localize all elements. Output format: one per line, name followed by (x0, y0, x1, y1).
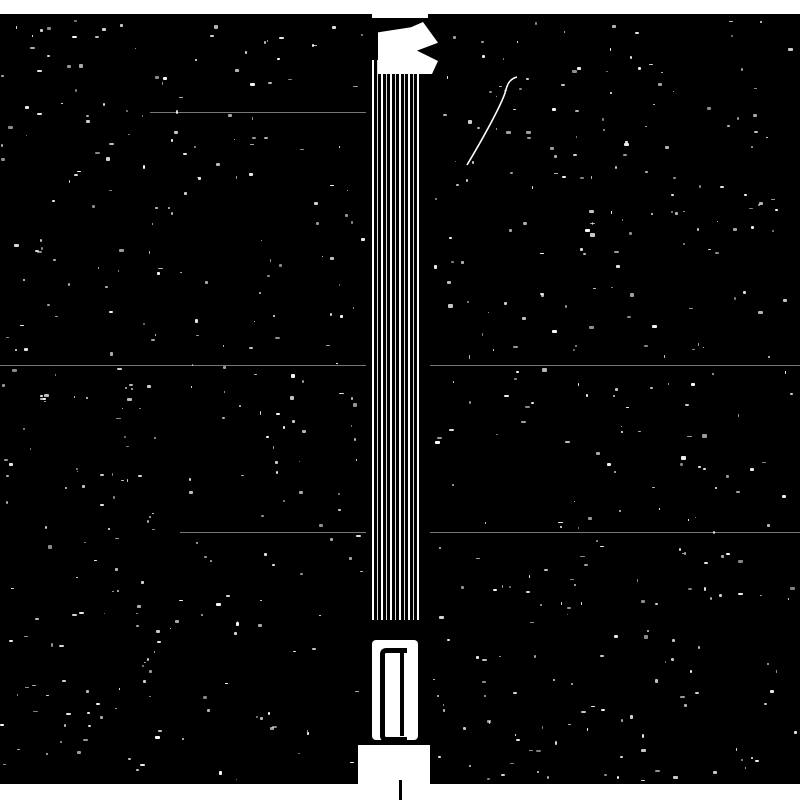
speck (279, 264, 282, 267)
speck (681, 456, 685, 459)
speck (755, 760, 758, 762)
speck (316, 222, 318, 225)
speck (692, 349, 695, 350)
speck (140, 764, 145, 766)
speck (189, 491, 192, 494)
speck (552, 108, 556, 110)
speck (52, 200, 54, 202)
speck (48, 545, 52, 548)
speck (726, 553, 730, 555)
speck (501, 774, 505, 776)
speck (741, 68, 742, 71)
speck (345, 214, 348, 217)
spine-label-bar (400, 650, 404, 736)
speck (703, 468, 706, 470)
speck (715, 252, 719, 253)
speck (456, 184, 459, 187)
speck (106, 157, 110, 160)
speck (68, 283, 70, 286)
speck (115, 708, 117, 710)
speck (772, 230, 774, 232)
speck (469, 765, 471, 767)
speck (695, 692, 699, 694)
speck (439, 616, 444, 619)
speck (650, 387, 653, 389)
speck (482, 659, 487, 661)
speck (580, 177, 584, 179)
speck (98, 267, 99, 269)
speck (338, 509, 341, 511)
speck (587, 728, 588, 731)
speck (443, 114, 446, 117)
speck (196, 542, 198, 544)
speck (205, 281, 208, 283)
speck (24, 348, 28, 351)
speck (785, 371, 786, 374)
speck (493, 589, 497, 591)
speck (638, 67, 641, 70)
speck (782, 495, 786, 498)
spine-foot (358, 745, 430, 785)
speck (115, 568, 118, 571)
speck (652, 487, 655, 488)
speck (461, 586, 465, 588)
speck (249, 347, 254, 349)
speck (236, 622, 240, 625)
speck (143, 680, 146, 682)
speck (469, 401, 471, 404)
speck (273, 315, 275, 317)
speck (552, 330, 557, 332)
speck (504, 395, 509, 397)
speck (544, 569, 549, 571)
speck (487, 720, 492, 723)
speck (679, 548, 681, 550)
speck (155, 76, 159, 79)
speck (509, 229, 512, 231)
speck (291, 374, 295, 377)
speck (95, 152, 99, 154)
speck (360, 571, 362, 572)
speck (438, 756, 441, 758)
speck (158, 730, 162, 732)
speck (219, 771, 222, 774)
speck (476, 656, 479, 659)
speck (12, 369, 17, 372)
speck (2, 384, 4, 386)
speck (183, 153, 187, 155)
speck (788, 48, 793, 51)
speck (596, 452, 601, 455)
speck (277, 58, 281, 60)
speck (560, 526, 562, 528)
speck (542, 368, 547, 371)
speck (302, 430, 307, 432)
speck (589, 210, 593, 213)
speck (16, 26, 17, 29)
scratch-mark (465, 75, 525, 170)
speck (615, 166, 617, 169)
speck (451, 261, 455, 263)
speck (655, 603, 658, 605)
speck (434, 265, 437, 268)
speck (602, 118, 604, 121)
speck (749, 208, 753, 209)
speck (704, 587, 706, 590)
speck (147, 658, 149, 661)
speck (319, 524, 323, 527)
speck (684, 704, 687, 707)
speck (44, 394, 48, 397)
speck (264, 41, 265, 44)
speck (564, 31, 566, 33)
speck (621, 719, 622, 722)
speck (226, 595, 230, 597)
speck (290, 396, 293, 399)
speck (523, 222, 527, 225)
speck (62, 680, 66, 683)
speck (236, 779, 237, 780)
speck (448, 304, 452, 307)
speck (699, 185, 701, 188)
speck (504, 302, 506, 305)
speck (680, 463, 683, 466)
speck (589, 326, 594, 329)
speck (250, 83, 255, 86)
speck (767, 663, 769, 665)
speck (461, 261, 464, 263)
speck (100, 504, 104, 505)
speck (127, 398, 132, 400)
speck (75, 89, 76, 92)
speck (299, 491, 303, 494)
speck (529, 750, 533, 752)
speck (615, 388, 618, 391)
speck (586, 394, 588, 397)
speck (288, 79, 293, 80)
speck (67, 65, 72, 68)
speck (210, 560, 211, 561)
speck (37, 70, 42, 72)
speck (175, 620, 179, 623)
speck (319, 615, 321, 616)
speck (621, 431, 623, 433)
speck (673, 776, 677, 779)
speck (194, 146, 196, 147)
speck (691, 383, 695, 385)
speck (655, 679, 657, 682)
speck (228, 114, 232, 117)
speck (630, 715, 633, 718)
speck (734, 297, 736, 299)
speck (767, 524, 770, 527)
speck (623, 154, 627, 155)
speck (596, 540, 599, 541)
speck (612, 25, 616, 28)
speck (108, 528, 110, 531)
speck (733, 228, 738, 231)
speck (1, 75, 4, 77)
speck (192, 364, 193, 365)
speck (541, 294, 544, 297)
speck (338, 493, 340, 495)
speck (702, 434, 706, 437)
speck (531, 402, 534, 404)
speck (314, 202, 318, 205)
speck (641, 749, 645, 751)
speck (117, 368, 122, 369)
speck (655, 770, 659, 772)
speck (611, 287, 613, 288)
speck (307, 732, 308, 734)
speck (300, 573, 303, 575)
speck (537, 771, 539, 773)
speck (79, 64, 83, 67)
speck (790, 587, 795, 590)
speck (95, 36, 99, 38)
speck (626, 407, 630, 408)
speck (770, 690, 775, 693)
left-cover-board (0, 14, 372, 784)
speck (149, 696, 151, 697)
speck (103, 103, 105, 106)
speck (32, 685, 36, 686)
speck (110, 352, 114, 355)
speck (649, 64, 653, 65)
speck (535, 22, 537, 25)
speck (588, 517, 592, 520)
speck (216, 603, 220, 606)
speck (249, 173, 253, 175)
speck (750, 468, 754, 471)
speck (469, 355, 470, 358)
speck (555, 741, 557, 744)
speck (92, 205, 95, 207)
speck (66, 713, 71, 715)
speck (35, 618, 40, 619)
speck (266, 436, 269, 438)
speck (577, 67, 581, 70)
speck (715, 487, 717, 488)
speck (665, 661, 667, 663)
speck (568, 724, 571, 725)
speck (260, 717, 263, 720)
speck (584, 564, 587, 565)
speck (79, 612, 84, 614)
speck (65, 487, 67, 488)
speck (697, 228, 700, 230)
speck (100, 474, 104, 476)
speck (14, 244, 19, 247)
speck (519, 88, 522, 89)
speck (775, 209, 779, 211)
speck (525, 406, 530, 408)
speck (6, 501, 8, 504)
speck (37, 251, 42, 253)
speck (529, 575, 530, 578)
speck (443, 704, 444, 706)
speck (637, 579, 638, 582)
speck (624, 143, 629, 146)
speck (198, 177, 200, 180)
speck (191, 386, 192, 387)
speck (223, 366, 226, 369)
speck (583, 253, 585, 255)
speck (120, 24, 123, 27)
speck (658, 83, 662, 86)
speck (312, 648, 316, 650)
speck (527, 137, 531, 138)
speck (513, 346, 518, 347)
speck (138, 475, 141, 477)
speck (565, 305, 567, 308)
speck (340, 315, 343, 318)
speck (758, 204, 760, 206)
speck (1, 144, 3, 147)
speck (361, 34, 363, 36)
speck (204, 556, 207, 558)
speck (163, 77, 167, 80)
speck (771, 199, 776, 200)
speck (614, 471, 616, 473)
speck (143, 165, 145, 168)
speck (77, 751, 81, 753)
speck (86, 115, 89, 118)
speck (665, 146, 670, 149)
book-scan (0, 0, 800, 800)
speck (51, 643, 53, 646)
speck (353, 403, 357, 406)
speck (743, 291, 746, 294)
speck (87, 712, 90, 714)
speck (713, 531, 715, 534)
speck (574, 584, 576, 585)
speck (712, 373, 714, 374)
speck (534, 655, 535, 658)
speck (109, 143, 114, 145)
speck (635, 32, 639, 34)
speck (721, 555, 724, 558)
speck (573, 349, 575, 352)
speck (641, 600, 645, 603)
speck (736, 748, 737, 751)
speck (783, 299, 787, 302)
speck (241, 475, 244, 476)
speck (790, 393, 793, 395)
speck (268, 712, 271, 715)
speck (147, 520, 149, 523)
speck (672, 639, 676, 642)
speck (449, 429, 454, 432)
speck (330, 257, 334, 259)
speck (642, 734, 644, 737)
speck (744, 194, 746, 196)
speck (745, 767, 746, 769)
speck (590, 233, 595, 236)
speck (443, 709, 445, 712)
speck (264, 553, 267, 556)
speck (157, 272, 160, 275)
speck (245, 51, 246, 54)
speck (585, 229, 590, 232)
speck (6, 475, 9, 477)
speck (610, 92, 612, 94)
speck (698, 343, 699, 346)
speck (156, 630, 160, 633)
speck (482, 55, 484, 58)
speck (330, 538, 334, 541)
speck (713, 771, 718, 774)
speck (1, 158, 5, 160)
speck (64, 724, 66, 727)
speck (23, 279, 25, 281)
speck (273, 446, 274, 449)
speck (513, 692, 517, 694)
speck (758, 311, 763, 314)
speck (729, 21, 732, 22)
speck (600, 546, 605, 547)
spine-texture (372, 60, 422, 620)
speck (720, 186, 724, 188)
speck (522, 317, 526, 320)
speck (614, 635, 618, 638)
speck (118, 270, 119, 272)
speck (453, 36, 456, 39)
speck (482, 681, 486, 683)
speck (554, 155, 557, 158)
speck (100, 716, 103, 719)
speck (707, 107, 711, 109)
speck (575, 110, 580, 112)
speck (601, 709, 605, 711)
speck (152, 529, 155, 531)
speck (256, 716, 258, 718)
speck (687, 436, 691, 437)
speck (147, 385, 151, 387)
speck (561, 84, 565, 86)
speck (40, 29, 43, 31)
speck (47, 304, 50, 306)
speck (276, 413, 280, 415)
speck (496, 128, 497, 130)
speck (754, 131, 758, 133)
speck (437, 695, 439, 697)
speck (272, 726, 276, 728)
speck (121, 480, 124, 481)
speck (119, 249, 123, 252)
speck (195, 319, 197, 322)
speck (738, 560, 743, 562)
speck (514, 378, 516, 380)
speck (136, 769, 139, 771)
speck (174, 131, 177, 133)
speck (671, 211, 673, 213)
speck (468, 120, 472, 123)
speck (86, 690, 88, 693)
speck (171, 139, 173, 142)
speck (688, 519, 689, 520)
speck (155, 334, 156, 337)
speck (254, 321, 255, 322)
speck (270, 259, 271, 262)
speck (467, 301, 468, 303)
speck (47, 55, 50, 57)
speck (603, 129, 605, 131)
speck (258, 624, 262, 627)
speck (234, 632, 237, 635)
speck (176, 110, 178, 113)
speck (155, 736, 159, 739)
